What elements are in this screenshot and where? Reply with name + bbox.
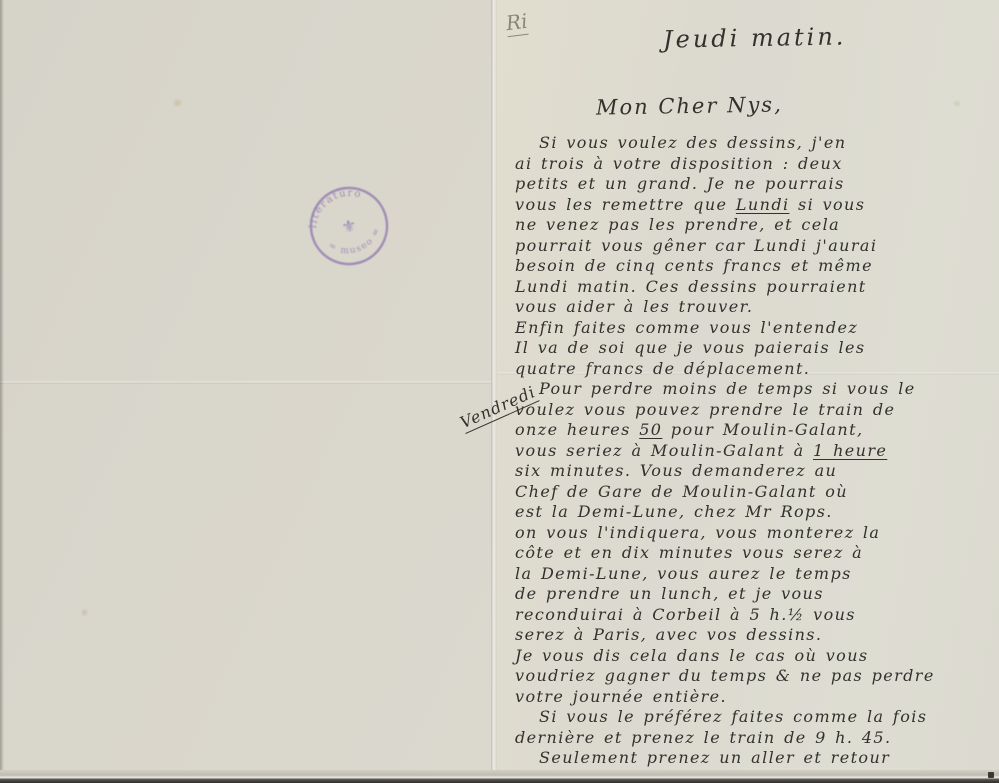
letter-line: Il va de soi que je vous paierais les [515, 338, 997, 359]
letter-page-left [0, 0, 493, 783]
letter-line: vous les remettre que Lundi si vous [515, 195, 997, 216]
collection-stamp: literaturo = museo = ⚜ [290, 167, 409, 286]
corner-speck [988, 772, 994, 778]
age-spot [953, 100, 961, 107]
letter-line: on vous l'indiquera, vous monterez la [515, 523, 997, 544]
letter-line: votre journée entière. [515, 687, 997, 708]
center-fold-crease [491, 0, 497, 783]
letter-line: la Demi-Lune, vous aurez le temps [515, 564, 997, 585]
letter-line: vous seriez à Moulin-Galant à 1 heure [515, 441, 997, 462]
underlined-word: 1 heure [813, 441, 887, 460]
scan-edge-left [0, 0, 4, 783]
letter-salutation: Mon Cher Nys, [596, 92, 783, 119]
stamp-text-top: literaturo [301, 184, 369, 231]
letter-line: onze heures 50 pour Moulin-Galant, [515, 420, 997, 441]
letter-line: pourrait vous gêner car Lundi j'aurai [515, 236, 997, 257]
letter-line: de prendre un lunch, et je vous [515, 584, 997, 605]
letter-line: ne venez pas les prendre, et cela [515, 215, 997, 236]
letter-line: Si vous voulez des dessins, j'en [515, 133, 997, 154]
letter-line: serez à Paris, avec vos dessins. [515, 625, 997, 646]
letter-line: quatre francs de déplacement. [515, 359, 997, 380]
letter-line: côte et en dix minutes vous serez à [515, 543, 997, 564]
horizontal-crease-left [0, 381, 491, 384]
underlined-word: Lundi [736, 195, 790, 214]
letter-scan: literaturo = museo = ⚜ Ri Jeudi matin. M… [0, 0, 999, 783]
letter-line: Lundi matin. Ces dessins pourraient [515, 277, 997, 298]
letter-line: vous aider à les trouver. [515, 297, 997, 318]
age-spot [81, 609, 88, 616]
stamp-emblem: ⚜ [340, 216, 359, 239]
letter-line: petits et un grand. Je ne pourrais [515, 174, 997, 195]
pencil-note-text: Ri [505, 9, 529, 37]
letter-line: dernière et prenez le train de 9 h. 45. [515, 728, 997, 749]
letter-line: voudriez gagner du temps & ne pas perdre [515, 666, 997, 687]
letter-line: Enfin faites comme vous l'entendez [515, 318, 997, 339]
age-spot [173, 99, 182, 107]
letter-body: Si vous voulez des dessins, j'enai trois… [515, 133, 997, 769]
letter-line: besoin de cinq cents francs et même [515, 256, 997, 277]
letter-dateline: Jeudi matin. [663, 22, 847, 53]
letter-line: voulez vous pouvez prendre le train de [515, 400, 997, 421]
letter-line: ai trois à votre disposition : deux [515, 154, 997, 175]
letter-line: six minutes. Vous demanderez au [515, 461, 997, 482]
letter-line: Seulement prenez un aller et retour [515, 748, 997, 769]
letter-line: Chef de Gare de Moulin-Galant où [515, 482, 997, 503]
letter-line: reconduirai à Corbeil à 5 h.½ vous [515, 605, 997, 626]
underlined-word: 50 [639, 420, 662, 439]
letter-line: Si vous le préférez faites comme la fois [515, 707, 997, 728]
letter-line: est la Demi-Lune, chez Mr Rops. [515, 502, 997, 523]
pencil-inventory-note: Ri [505, 9, 529, 35]
scan-edge-bottom [0, 770, 999, 783]
letter-line: Je vous dis cela dans le cas où vous [515, 646, 997, 667]
letter-line: Pour perdre moins de temps si vous le [515, 379, 997, 400]
